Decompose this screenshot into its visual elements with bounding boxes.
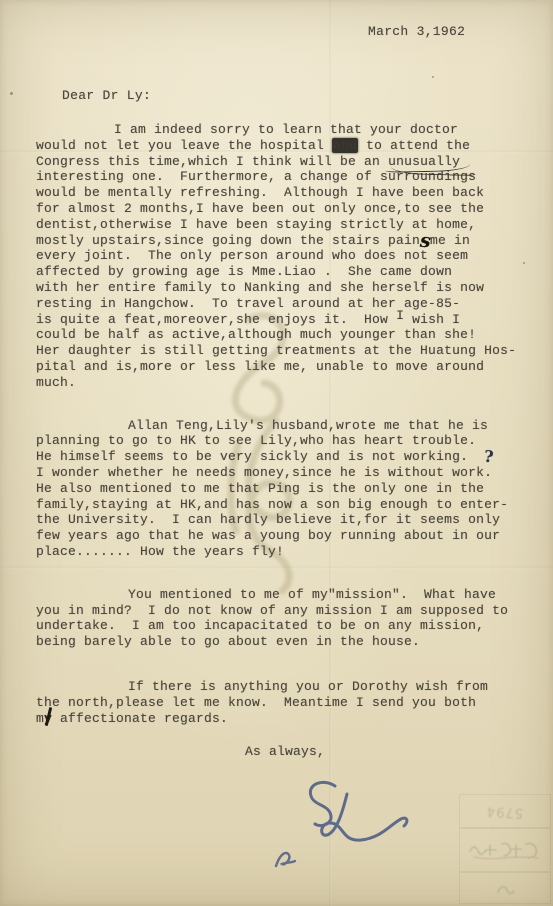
letter-line: would not let you leave the hospital and… [36, 138, 528, 154]
corrected-punctuation: .? [484, 465, 492, 480]
letter-line: is quite a feat,moreover,she enjoys it. … [36, 312, 528, 328]
letter-line: could be half as active,although much yo… [36, 327, 528, 343]
letter-line: being barely able to go about even in th… [36, 634, 528, 650]
letter-line: If there is anything you or Dorothy wish… [36, 679, 528, 695]
letter-line: the University. I can hardly believe it,… [36, 512, 528, 528]
handwritten-question-mark: ? [483, 448, 494, 465]
paragraph-4: If there is anything you or Dorothy wish… [36, 679, 528, 726]
letter-line: family,staying at HK,and has now a son b… [36, 497, 528, 513]
overtyped-letter-y: y [44, 711, 52, 726]
inked-out-word: and [332, 138, 358, 153]
letter-closing: As always, [245, 744, 528, 760]
hand-underlined-word: unusually [388, 154, 460, 169]
handwritten-insert-s: s [420, 240, 431, 241]
letter-salutation: Dear Dr Ly: [62, 88, 151, 103]
letter-line: few years ago that he was a young boy ru… [36, 528, 528, 544]
letter-line: Allan Teng,Lily's husband,wrote me that … [36, 418, 528, 434]
letter-line: He himself seems to be very sickly and i… [36, 449, 528, 465]
ink-speck [10, 92, 13, 95]
stamp-cell [459, 872, 551, 904]
letter-line: I wonder whether he needs money,since he… [36, 465, 528, 481]
paragraph-3: You mentioned to me of my"mission". What… [36, 587, 528, 650]
line-text: would not let you leave the hospital [36, 138, 332, 153]
letter-line: affected by growing age is Mme.Liao . Sh… [36, 264, 528, 280]
letter-line: mostly upstairs,since going down the sta… [36, 233, 528, 249]
letter-line: the north,please let me know. Meantime I… [36, 695, 528, 711]
letter-line: dentist,otherwise I have been staying st… [36, 217, 528, 233]
page-number-ink [268, 842, 302, 876]
stamp-number: 5794 [486, 803, 524, 820]
letter-line: Congress this time,which I think will be… [36, 154, 528, 170]
letter-line: undertake. I am too incapacitated to be … [36, 618, 528, 634]
letter-line: every joint. The only person around who … [36, 248, 528, 264]
line-text: me in [430, 233, 470, 248]
letter-line: my affectionate regards. [36, 711, 528, 727]
letter-line: I am indeed sorry to learn that your doc… [36, 122, 528, 138]
line-text: m [36, 711, 44, 726]
letter-line: resting in Hangchow. To travel around at… [36, 296, 528, 312]
paragraph-2: Allan Teng,Lily's husband,wrote me that … [36, 418, 528, 560]
stamp-cell: 5794 [459, 794, 551, 828]
typed-period: . [484, 465, 492, 480]
line-text: to attend the [358, 138, 470, 153]
letter-date: March 3,1962 [368, 24, 465, 39]
raised-typed-letter: I [396, 308, 404, 323]
letter-line: for almost 2 months,I have been out only… [36, 201, 528, 217]
handwritten-page-number [268, 842, 302, 881]
letter-line: planning to go to HK to see Lily,who has… [36, 433, 528, 449]
signature [295, 778, 445, 863]
stamp-cell [459, 828, 551, 872]
signature-ink [295, 778, 445, 858]
line-text: affectionate regards. [52, 711, 228, 726]
stamp-mark-ghost [490, 878, 520, 898]
line-text: mostly upstairs,since going down the sta… [36, 233, 420, 248]
letter-line: would be mentally refreshing. Although I… [36, 185, 528, 201]
letter-line: He also mentioned to me that Ping is the… [36, 481, 528, 497]
letter-line: you in mind? I do not know of any missio… [36, 603, 528, 619]
paragraph-1: I am indeed sorry to learn that your doc… [36, 122, 528, 391]
line-text: wish I [404, 312, 460, 327]
line-text: I wonder whether he needs money,since he… [36, 465, 484, 480]
letter-line: with her entire family to Nanking and sh… [36, 280, 528, 296]
bleedthrough-stamp: 5794 [459, 794, 551, 906]
line-text: is quite a feat,moreover,she enjoys it. … [36, 312, 396, 327]
scanned-letter-page: March 3,1962 Dear Dr Ly: I am indeed sor… [0, 0, 553, 906]
letter-line: pital and is,more or less like me, unabl… [36, 359, 528, 391]
ink-speck [432, 76, 434, 78]
letter-line: You mentioned to me of my"mission". What… [36, 587, 528, 603]
stamp-characters-ghost [464, 837, 546, 863]
letter-body: I am indeed sorry to learn that your doc… [36, 122, 528, 760]
line-text: Congress this time,which I think will be… [36, 154, 388, 169]
letter-line: Her daughter is still getting treatments… [36, 343, 528, 359]
letter-closing-line: As always, [36, 744, 528, 760]
letter-line: place....... How the years fly! [36, 544, 528, 560]
